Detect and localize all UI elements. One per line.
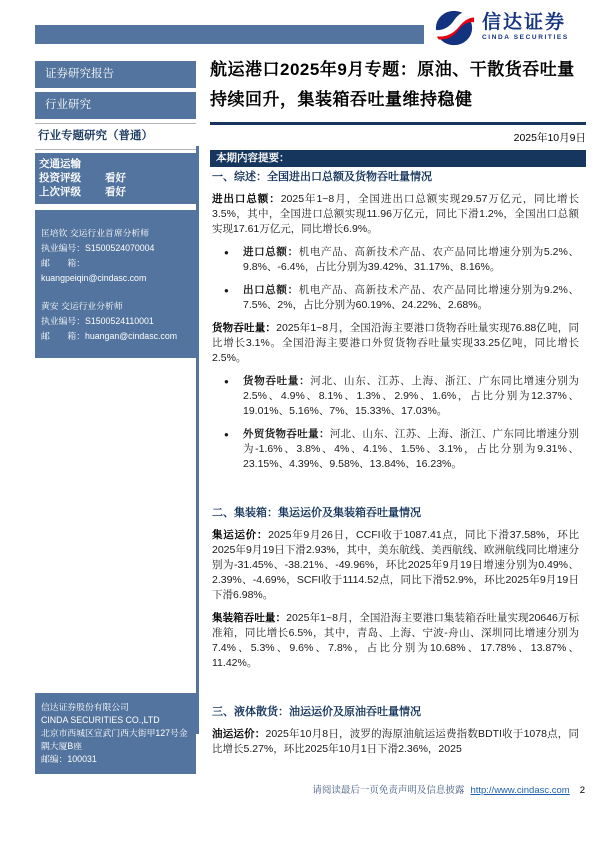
report-page: 信达证券 CINDA SECURITIES 证券研究报告 行业研究 行业专题研究… [0, 0, 595, 841]
logo-chinese-name: 信达证券 [482, 13, 569, 32]
paragraph: 油运运价：2025年10月8日，波罗的海原油航运运费指数BDTI收于1078点，… [212, 727, 579, 757]
bullet-item: 出口总额：机电产品、高新技术产品、农产品同比增速分别为9.2%、7.5%、2%，… [224, 283, 579, 313]
sidebar: 证券研究报告 行业研究 行业专题研究（普通） 交通运输 投资评级 看好 上次评级… [35, 61, 196, 358]
industry-name: 交通运输 [39, 157, 81, 171]
paragraph-lead: 油运运价： [212, 728, 265, 740]
page-number: 2 [580, 785, 585, 796]
footer-url-link[interactable]: http://www.cindasc.com [470, 785, 569, 796]
title-divider [210, 122, 586, 125]
bullet-lead: 出口总额： [243, 284, 299, 296]
analyst-name: 匡培钦 交运行业首席分析师 [41, 226, 190, 241]
paragraph-lead: 进出口总额： [212, 193, 281, 205]
main-column: 航运港口2025年9月专题：原油、干散货吞吐量持续回升，集装箱吞吐量维持稳健 2… [210, 55, 586, 167]
sidebar-analysts-box: 匡培钦 交运行业首席分析师 执业编号：S1500524070004 邮 箱：ku… [35, 210, 196, 358]
summary-header: 本期内容提要： [210, 150, 586, 167]
analyst-license: 执业编号：S1500524110001 [41, 314, 190, 329]
paragraph-lead: 货物吞吐量： [212, 322, 276, 334]
section-heading: 三、液体散货：油运运价及原油吞吐量情况 [212, 705, 579, 720]
rating-label: 投资评级 [39, 171, 105, 185]
sidebar-rating-box: 交通运输 投资评级 看好 上次评级 看好 [35, 153, 196, 204]
top-banner-bar [35, 25, 424, 44]
footer-disclaimer: 请阅读最后一页免责声明及信息披露 [312, 785, 464, 796]
company-logo: 信达证券 CINDA SECURITIES [433, 5, 588, 50]
company-postcode: 邮编：100031 [41, 753, 190, 766]
company-name-en: CINDA SECURITIES CO.,LTD [41, 714, 190, 727]
report-date: 2025年10月9日 [210, 130, 586, 145]
paragraph-lead: 集运运价： [212, 529, 268, 541]
prev-rating-label: 上次评级 [39, 185, 105, 199]
paragraph: 货物吞吐量：2025年1~8月，全国沿海主要港口货物吞吐量实现76.88亿吨，同… [212, 321, 579, 366]
sidebar-topic-type: 行业专题研究（普通） [35, 123, 196, 150]
bullet-lead: 货物吞吐量： [243, 375, 310, 387]
sidebar-report-type: 证券研究报告 [35, 61, 196, 88]
page-footer: 请阅读最后一页免责声明及信息披露http://www.cindasc.com2 [212, 782, 585, 796]
analyst-email: 邮 箱：kuangpeiqin@cindasc.com [41, 256, 190, 286]
paragraph: 进出口总额：2025年1~8月，全国进出口总额实现29.57万亿元，同比增长3.… [212, 192, 579, 237]
report-title: 航运港口2025年9月专题：原油、干散货吞吐量持续回升，集装箱吞吐量维持稳健 [210, 55, 586, 115]
paragraph: 集装箱吞吐量：2025年1~8月，全国沿海主要港口集装箱吞吐量实现20646万标… [212, 611, 579, 671]
sidebar-research-type: 行业研究 [35, 92, 196, 119]
section-heading: 二、集装箱：集运运价及集装箱吞吐量情况 [212, 506, 579, 521]
bullet-item: 货物吞吐量：河北、山东、江苏、上海、浙江、广东同比增速分别为2.5%、4.9%、… [224, 374, 579, 419]
sidebar-company-box: 信达证券股份有限公司 CINDA SECURITIES CO.,LTD 北京市西… [35, 693, 196, 774]
cinda-logo-icon [433, 7, 475, 49]
prev-rating-value: 看好 [105, 185, 126, 199]
company-address: 北京市西城区宣武门西大街甲127号金隅大厦B座 [41, 727, 190, 753]
report-content: 一、综述：全国进出口总额及货物吞吐量情况 进出口总额：2025年1~8月，全国进… [212, 166, 579, 765]
analyst-name: 黄安 交运行业分析师 [41, 299, 190, 314]
company-name-cn: 信达证券股份有限公司 [41, 701, 190, 714]
content-left-rule [196, 146, 199, 734]
section-heading: 一、综述：全国进出口总额及货物吞吐量情况 [212, 170, 579, 185]
rating-value: 看好 [105, 171, 126, 185]
bullet-item: 进口总额：机电产品、高新技术产品、农产品同比增速分别为5.2%、9.8%、-6.… [224, 245, 579, 275]
bullet-lead: 外贸货物吞吐量： [243, 428, 330, 440]
paragraph: 集运运价：2025年9月26日，CCFI收于1087.41点，同比下滑37.58… [212, 528, 579, 603]
analyst-email: 邮 箱：huangan@cindasc.com [41, 329, 190, 344]
logo-english-name: CINDA SECURITIES [482, 35, 569, 42]
analyst-license: 执业编号：S1500524070004 [41, 241, 190, 256]
bullet-lead: 进口总额： [243, 246, 299, 258]
bullet-item: 外贸货物吞吐量：河北、山东、江苏、上海、浙江、广东同比增速分别为-1.6%、3.… [224, 427, 579, 472]
paragraph-lead: 集装箱吞吐量： [212, 612, 286, 624]
